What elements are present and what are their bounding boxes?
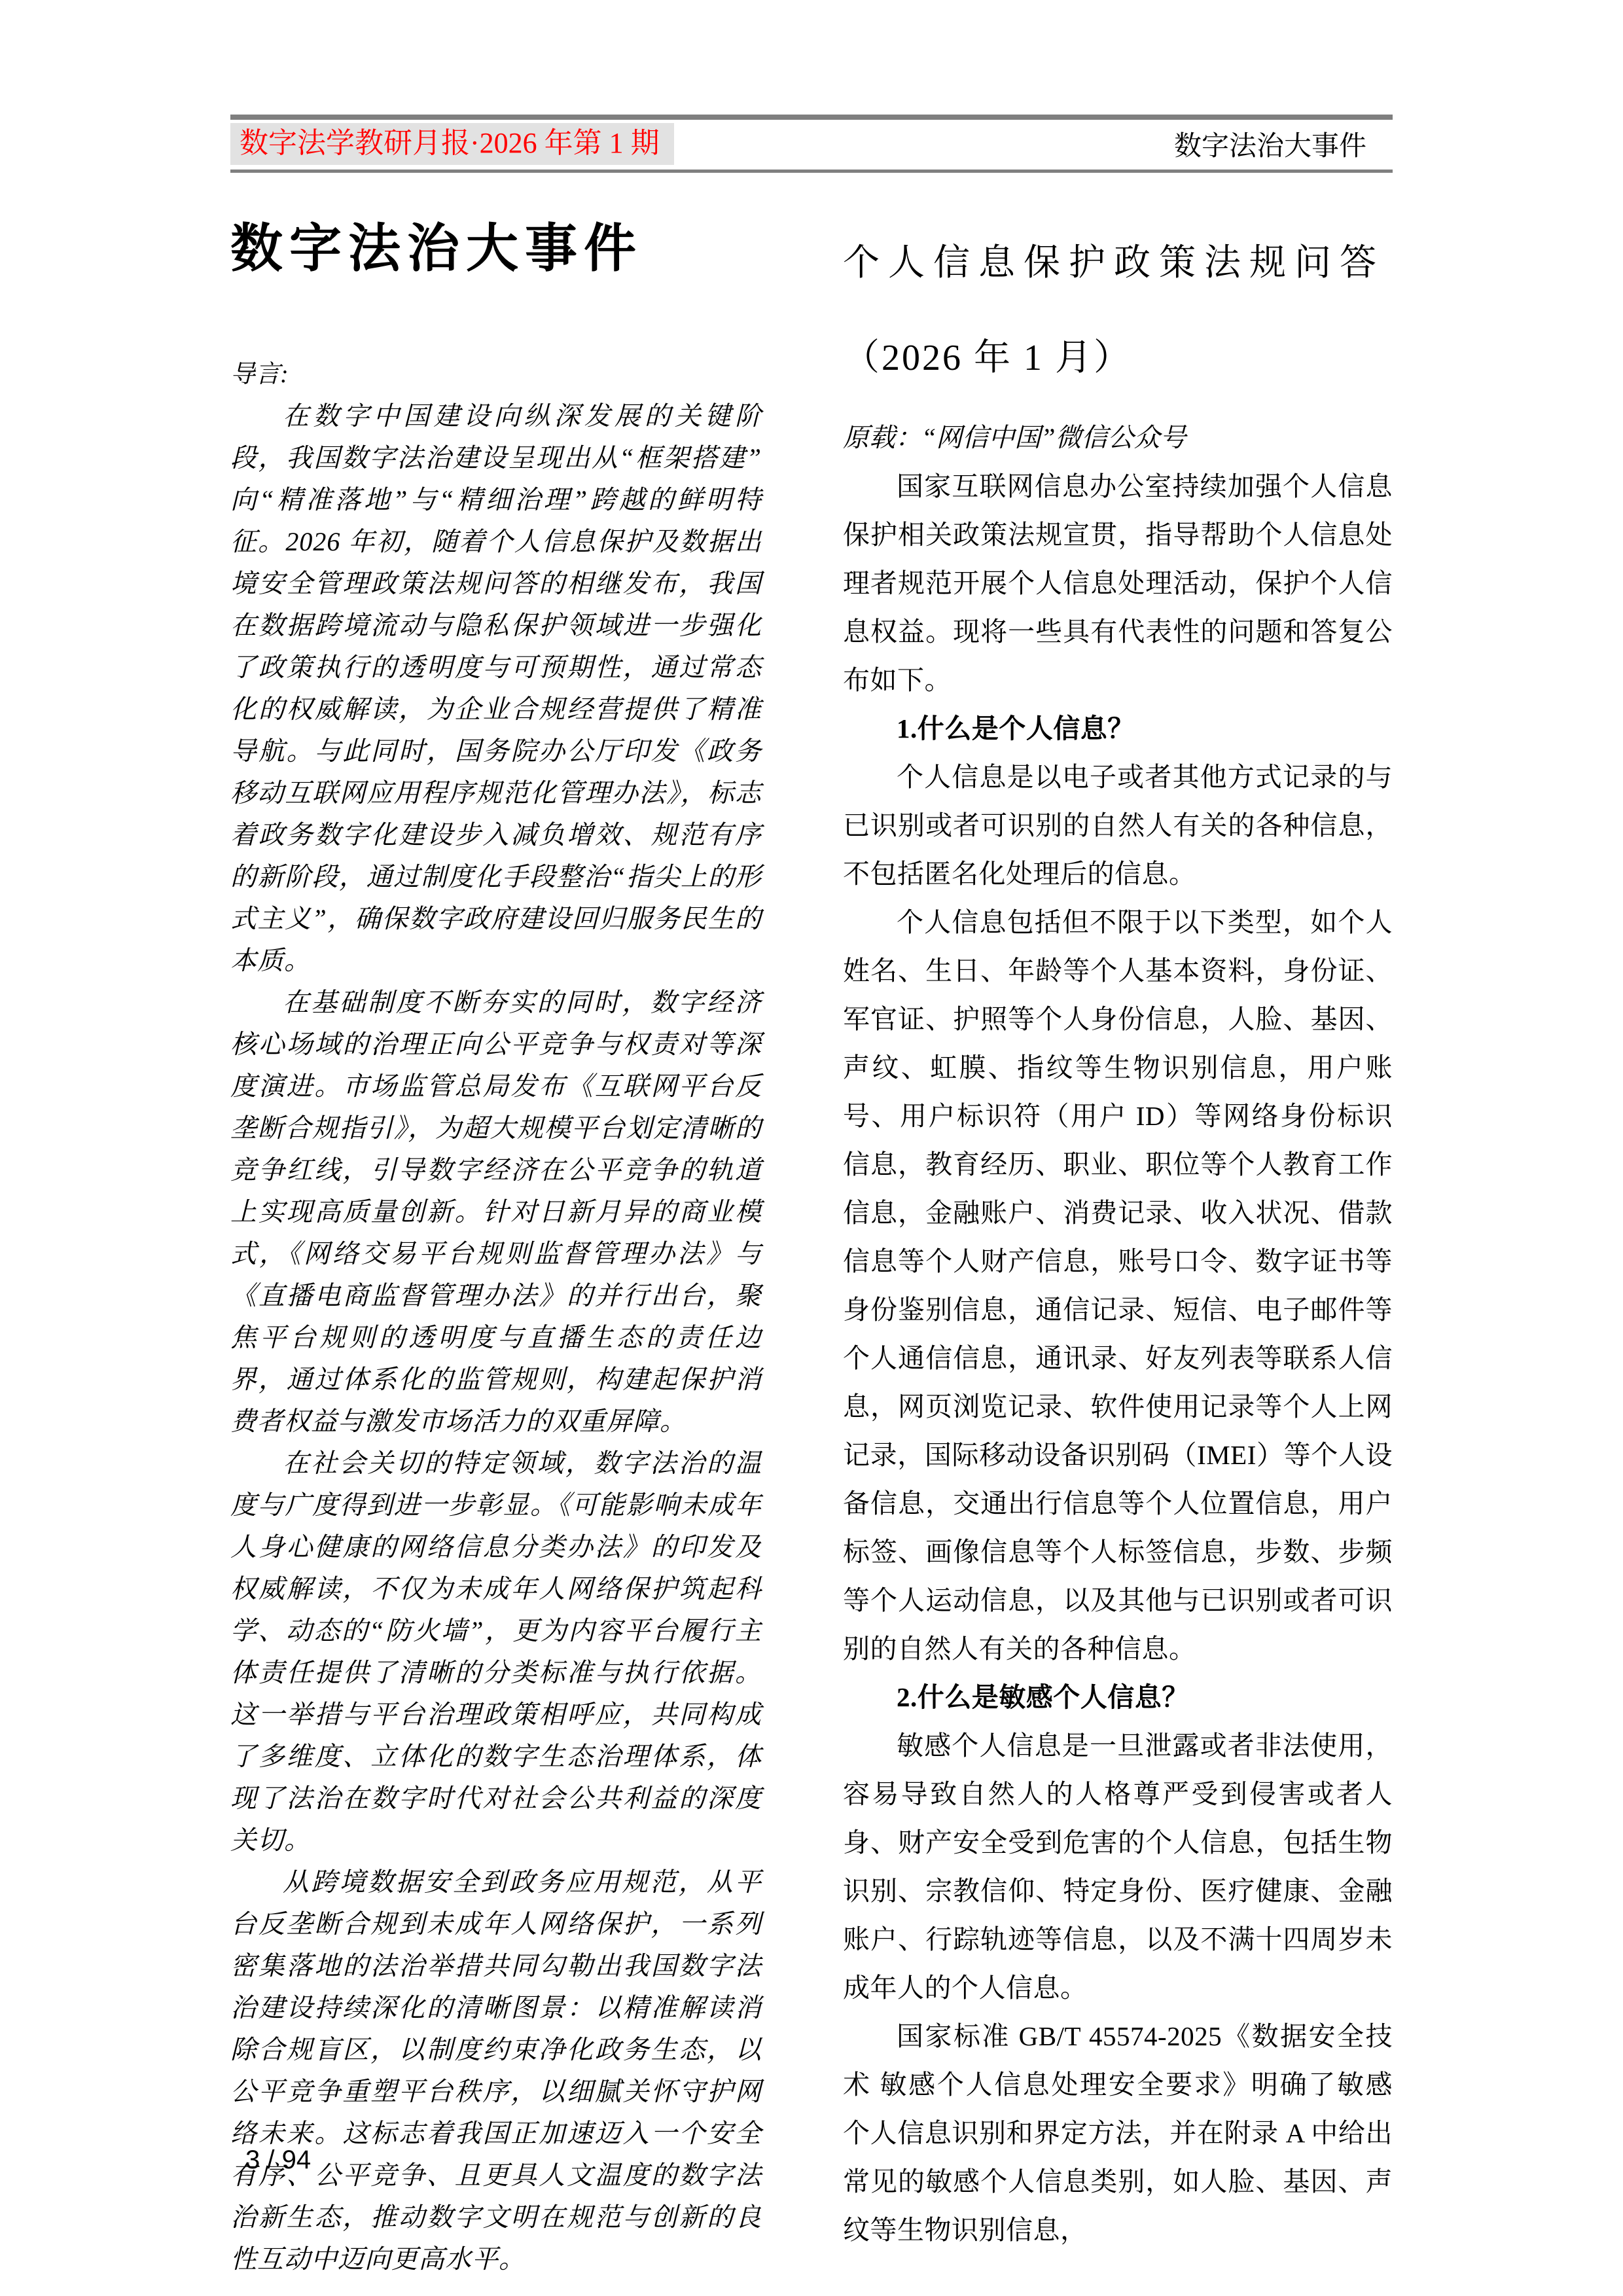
right-paragraph-intro: 国家互联网信息办公室持续加强个人信息保护相关政策法规宣贯，指导帮助个人信息处理者… <box>843 462 1393 704</box>
question-heading-2: 2.什么是敏感个人信息？ <box>843 1673 1393 1721</box>
left-column: 数字法治大事件 导言: 在数字中国建设向纵深发展的关键阶段，我国数字法治建设呈现… <box>230 216 762 2280</box>
left-paragraph-3: 在社会关切的特定领域，数字法治的温度与广度得到进一步彰显。《可能影响未成年人身心… <box>230 1443 762 1861</box>
answer-2-paragraph-2: 国家标准 GB/T 45574-2025《数据安全技术 敏感个人信息处理安全要求… <box>843 2012 1393 2254</box>
source-attribution: 原载：“网信中国”微信公众号 <box>843 414 1393 462</box>
page-header: 数字法学教研月报·2026 年第 1 期 数字法治大事件 <box>230 122 1393 166</box>
right-article-title: 个人信息保护政策法规问答 （2026 年 1 月） <box>843 216 1393 406</box>
answer-1-paragraph-2: 个人信息包括但不限于以下类型，如个人姓名、生日、年龄等个人基本资料，身份证、军官… <box>843 898 1393 1673</box>
answer-2-paragraph-1: 敏感个人信息是一旦泄露或者非法使用，容易导致自然人的人格尊严受到侵害或者人身、财… <box>843 1721 1393 2012</box>
left-paragraph-1: 在数字中国建设向纵深发展的关键阶段，我国数字法治建设呈现出从“框架搭建”向“精准… <box>230 395 762 982</box>
left-paragraph-4: 从跨境数据安全到政务应用规范，从平台反垄断合规到未成年人网络保护，一系列密集落地… <box>230 1861 762 2280</box>
right-article-title-line2: （2026 年 1 月） <box>843 311 1393 406</box>
two-column-body: 数字法治大事件 导言: 在数字中国建设向纵深发展的关键阶段，我国数字法治建设呈现… <box>230 216 1393 2280</box>
left-paragraph-2: 在基础制度不断夯实的同时，数字经济核心场域的治理正向公平竞争与权责对等深度演进。… <box>230 982 762 1443</box>
answer-1-paragraph-1: 个人信息是以电子或者其他方式记录的与已识别或者可识别的自然人有关的各种信息，不包… <box>843 753 1393 898</box>
header-bottom-rule <box>230 170 1393 173</box>
page-number: 3 / 94 <box>245 2145 311 2175</box>
left-article-title: 数字法治大事件 <box>230 216 762 281</box>
right-article-title-line1: 个人信息保护政策法规问答 <box>843 216 1393 311</box>
document-page: 数字法学教研月报·2026 年第 1 期 数字法治大事件 数字法治大事件 导言:… <box>0 0 1623 2296</box>
right-column: 个人信息保护政策法规问答 （2026 年 1 月） 原载：“网信中国”微信公众号… <box>843 216 1393 2254</box>
running-head-section-title: 数字法治大事件 <box>1174 124 1393 164</box>
lead-in-label: 导言: <box>230 353 762 395</box>
question-heading-1: 1.什么是个人信息？ <box>843 704 1393 753</box>
masthead-journal-title: 数字法学教研月报·2026 年第 1 期 <box>230 123 674 165</box>
header-top-rule <box>230 115 1393 120</box>
